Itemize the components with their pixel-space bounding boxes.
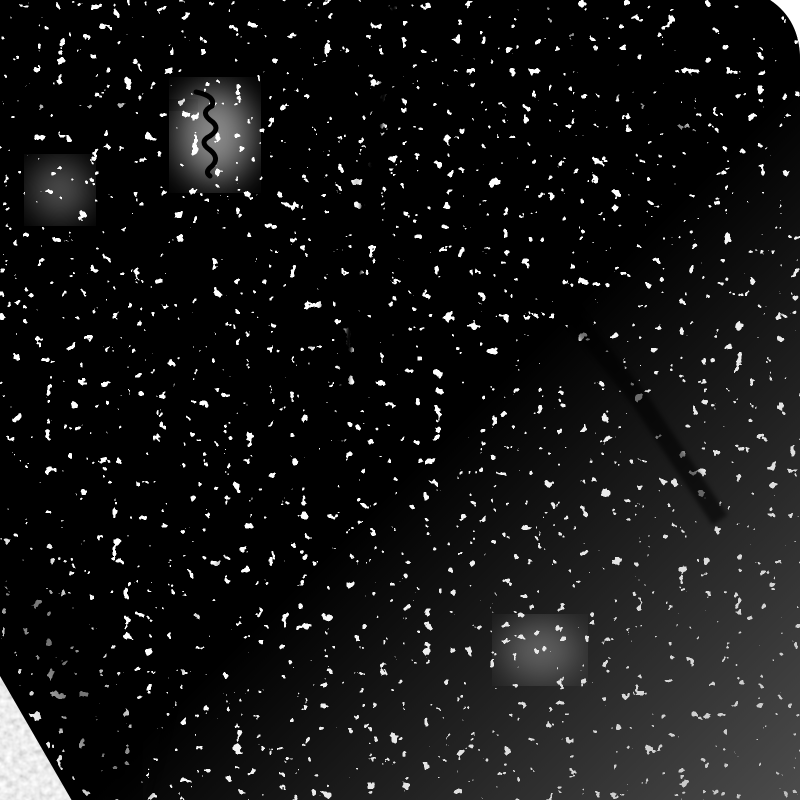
aerial-photo: [0, 0, 800, 800]
terrain-patch: [0, 0, 800, 800]
